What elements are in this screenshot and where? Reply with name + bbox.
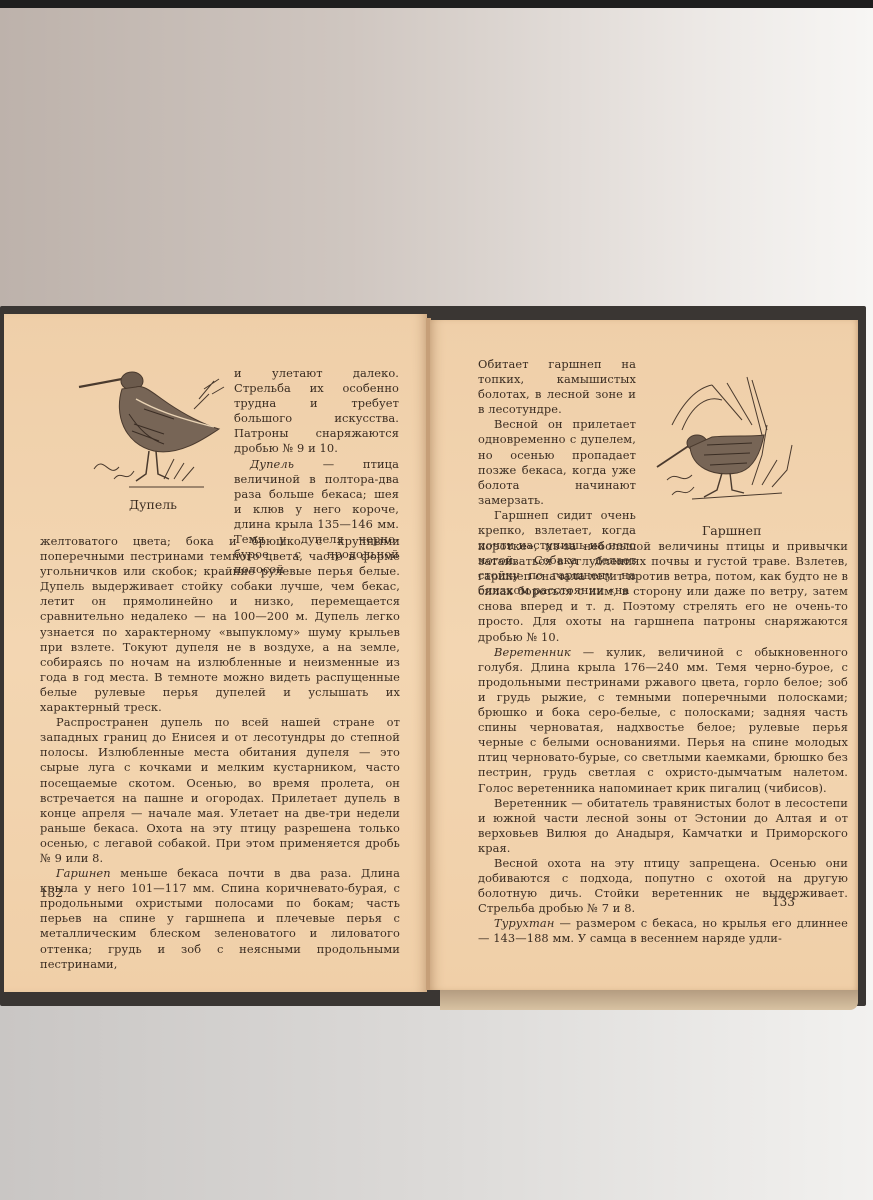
paragraph: Весной он прилетает одновременно с дупел… (478, 417, 636, 508)
left-body-text: желтоватого цвета; бока и брюшко с крупн… (40, 534, 400, 972)
paragraph: Веретенник — обитатель травянистых болот… (478, 796, 848, 856)
paragraph: Обитает гаршнеп на топких, камышистых бо… (478, 357, 636, 417)
scan-top-edge (0, 0, 873, 8)
right-body-text: коротке», из-за небольшой величины птицы… (478, 539, 848, 947)
page-number: 132 (40, 886, 63, 900)
term: Гаршнеп (56, 866, 111, 880)
page-number: 133 (772, 895, 795, 909)
figure-caption: Дупель (129, 497, 177, 512)
left-page: Дупель и улетают далеко. Стрельба их осо… (4, 314, 427, 992)
term: Турухтан (494, 916, 554, 930)
paragraph: Турухтан — размером с бекаса, но крылья … (478, 916, 848, 946)
paragraph: Гаршнеп меньше бекаса почти в два раза. … (40, 866, 400, 972)
term: Веретенник (494, 645, 571, 659)
scanner-background (0, 1000, 873, 1200)
book-cover-edge (440, 990, 858, 1010)
paragraph: и улетают далеко. Стрельба их особенно т… (234, 366, 399, 457)
paragraph: Веретенник — кулик, величиной с обыкнове… (478, 645, 848, 796)
paragraph: желтоватого цвета; бока и брюшко с крупн… (40, 534, 400, 715)
paragraph: коротке», из-за небольшой величины птицы… (478, 539, 848, 645)
jack-snipe-illustration-icon (652, 375, 802, 505)
term: Дупель (250, 457, 294, 471)
right-page: Обитает гаршнеп на топких, камышистых бо… (430, 320, 858, 990)
great-snipe-illustration-icon (74, 359, 234, 499)
figure-caption: Гаршнеп (702, 523, 761, 538)
paragraph: Распространен дупель по всей нашей стран… (40, 715, 400, 866)
